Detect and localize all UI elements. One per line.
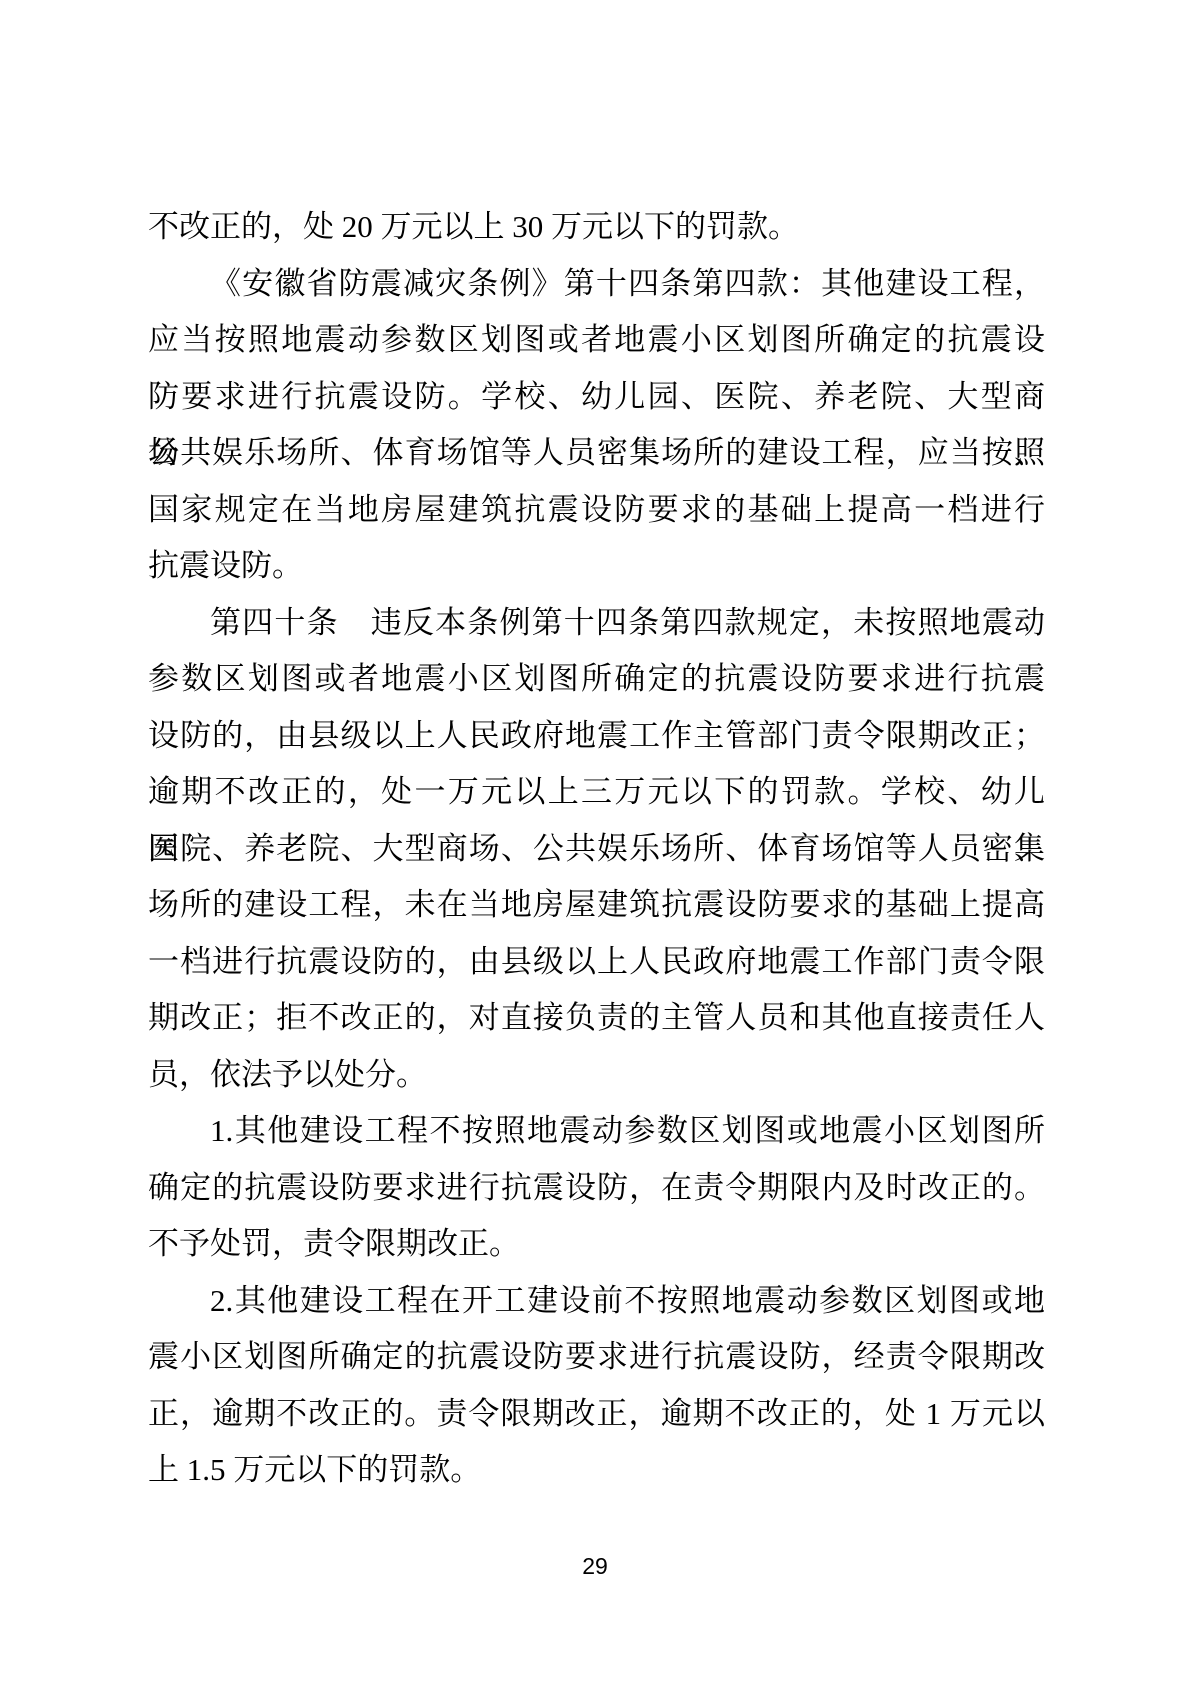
text-line: 不改正的，处 20 万元以上 30 万元以下的罚款。	[148, 199, 1045, 256]
text-line: 医院、养老院、大型商场、公共娱乐场所、体育场馆等人员密集	[148, 821, 1045, 878]
text-line: 不予处罚，责令限期改正。	[148, 1216, 1045, 1273]
text-line: 场所的建设工程，未在当地房屋建筑抗震设防要求的基础上提高	[148, 877, 1045, 934]
text-line: 确定的抗震设防要求进行抗震设防，在责令期限内及时改正的。	[148, 1160, 1045, 1217]
text-line: 一档进行抗震设防的，由县级以上人民政府地震工作部门责令限	[148, 934, 1045, 991]
text-line: 员，依法予以处分。	[148, 1047, 1045, 1104]
text-line: 设防的，由县级以上人民政府地震工作主管部门责令限期改正；	[148, 708, 1045, 765]
text-line: 《安徽省防震减灾条例》第十四条第四款：其他建设工程，	[148, 256, 1045, 313]
text-line: 抗震设防。	[148, 538, 1045, 595]
page-number: 29	[0, 1553, 1190, 1580]
document-page: 不改正的，处 20 万元以上 30 万元以下的罚款。《安徽省防震减灾条例》第十四…	[0, 0, 1190, 1683]
text-line: 应当按照地震动参数区划图或者地震小区划图所确定的抗震设	[148, 312, 1045, 369]
text-line: 上 1.5 万元以下的罚款。	[148, 1442, 1045, 1499]
text-line: 防要求进行抗震设防。学校、幼儿园、医院、养老院、大型商场、	[148, 369, 1045, 426]
text-line: 国家规定在当地房屋建筑抗震设防要求的基础上提高一档进行	[148, 482, 1045, 539]
text-line: 逾期不改正的，处一万元以上三万元以下的罚款。学校、幼儿园、	[148, 764, 1045, 821]
text-line: 期改正；拒不改正的，对直接负责的主管人员和其他直接责任人	[148, 990, 1045, 1047]
text-line: 第四十条 违反本条例第十四条第四款规定，未按照地震动	[148, 595, 1045, 652]
text-line: 1.其他建设工程不按照地震动参数区划图或地震小区划图所	[148, 1103, 1045, 1160]
text-line: 公共娱乐场所、体育场馆等人员密集场所的建设工程，应当按照	[148, 425, 1045, 482]
text-line: 2.其他建设工程在开工建设前不按照地震动参数区划图或地	[148, 1273, 1045, 1330]
text-line: 正，逾期不改正的。责令限期改正，逾期不改正的，处 1 万元以	[148, 1386, 1045, 1443]
text-line: 震小区划图所确定的抗震设防要求进行抗震设防，经责令限期改	[148, 1329, 1045, 1386]
text-line: 参数区划图或者地震小区划图所确定的抗震设防要求进行抗震	[148, 651, 1045, 708]
document-body-text: 不改正的，处 20 万元以上 30 万元以下的罚款。《安徽省防震减灾条例》第十四…	[148, 199, 1045, 1499]
